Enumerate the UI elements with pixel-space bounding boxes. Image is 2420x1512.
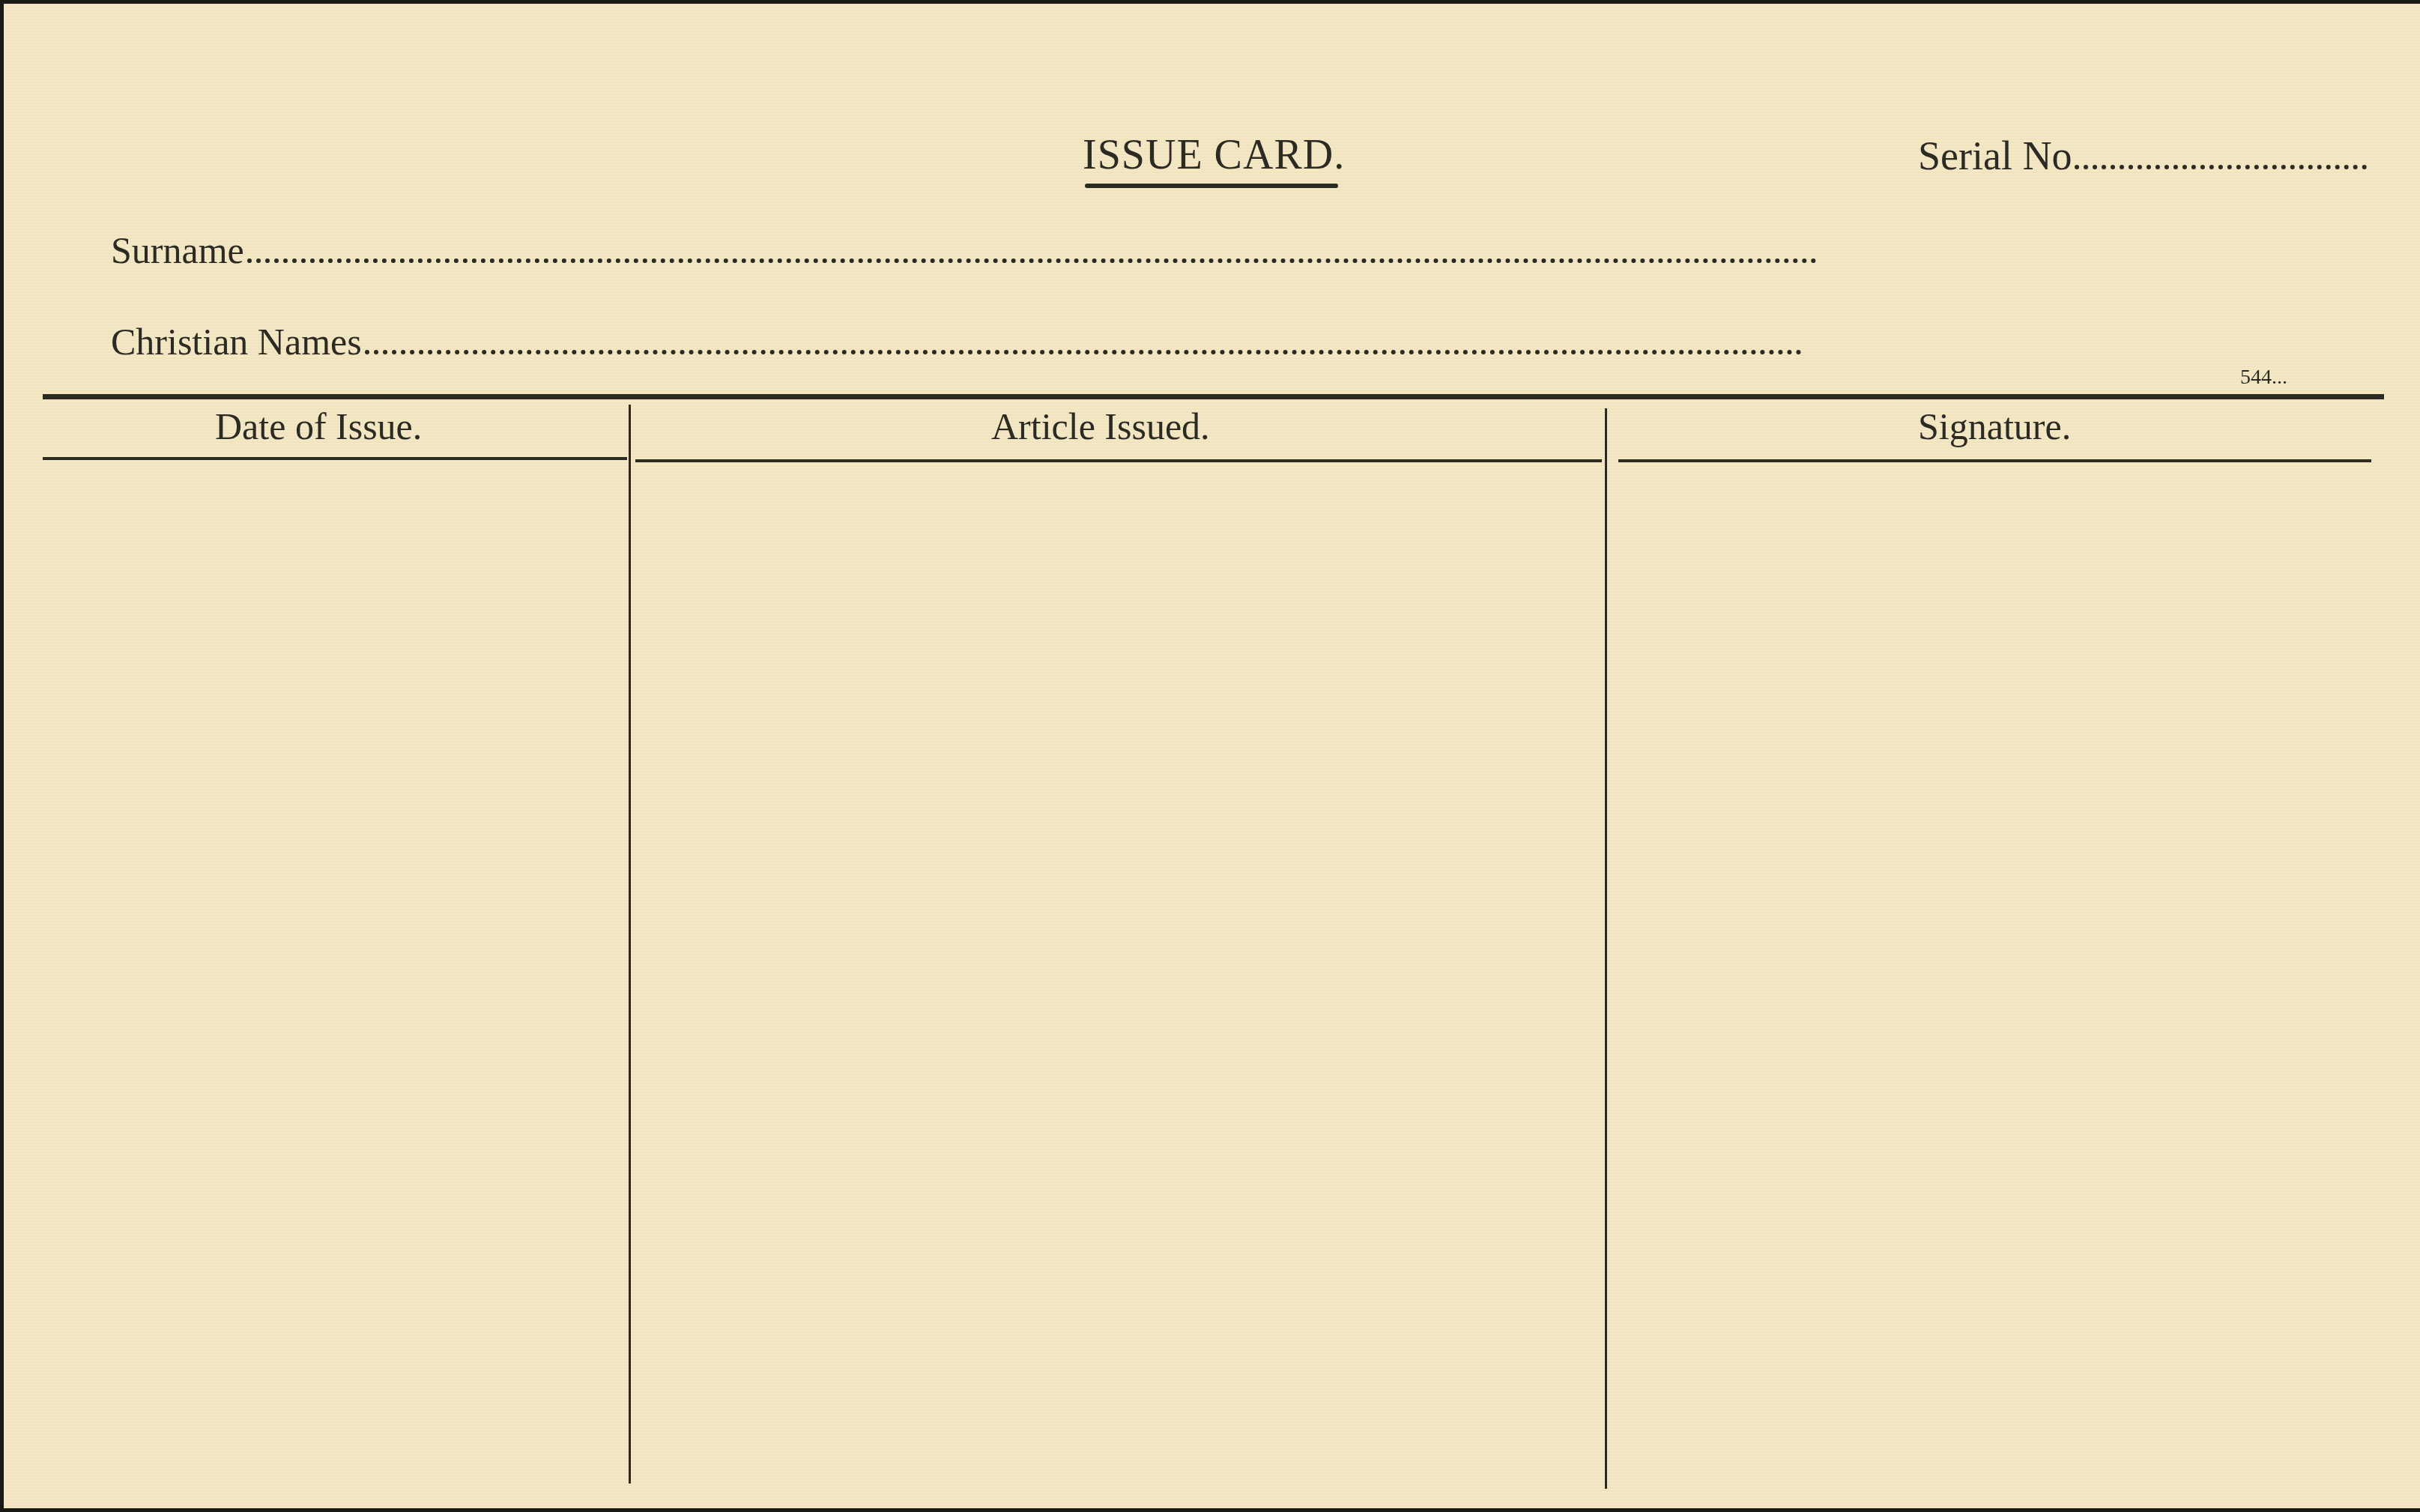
surname-field[interactable]: Surname: [111, 229, 1817, 272]
date-column-body[interactable]: [43, 465, 627, 1484]
signature-header-underline: [1618, 459, 2371, 462]
christian-names-field[interactable]: Christian Names: [111, 320, 1802, 363]
christian-names-label: Christian Names: [111, 321, 362, 363]
card-title: ISSUE CARD.: [1083, 131, 1345, 179]
form-number: 544...: [2240, 366, 2287, 390]
serial-number-label: Serial No: [1918, 133, 2072, 178]
date-header-underline: [43, 457, 627, 460]
column-divider-2: [1605, 408, 1607, 1489]
column-header-date: Date of Issue.: [215, 405, 422, 448]
serial-number-input-line[interactable]: [2075, 165, 2367, 169]
issue-card: ISSUE CARD. Serial No Surname Christian …: [4, 4, 2420, 1508]
surname-label: Surname: [111, 229, 244, 271]
column-header-article: Article Issued.: [991, 405, 1210, 448]
article-column-body[interactable]: [633, 465, 1603, 1484]
column-header-signature: Signature.: [1918, 405, 2071, 448]
serial-number-field[interactable]: Serial No: [1918, 133, 2367, 179]
column-divider-1: [629, 405, 631, 1484]
surname-input-line[interactable]: [247, 258, 1817, 263]
signature-column-body[interactable]: [1609, 465, 2374, 1484]
title-underline: [1085, 184, 1338, 188]
christian-names-input-line[interactable]: [365, 350, 1802, 354]
article-header-underline: [635, 459, 1602, 462]
header-divider-rule: [43, 394, 2384, 399]
